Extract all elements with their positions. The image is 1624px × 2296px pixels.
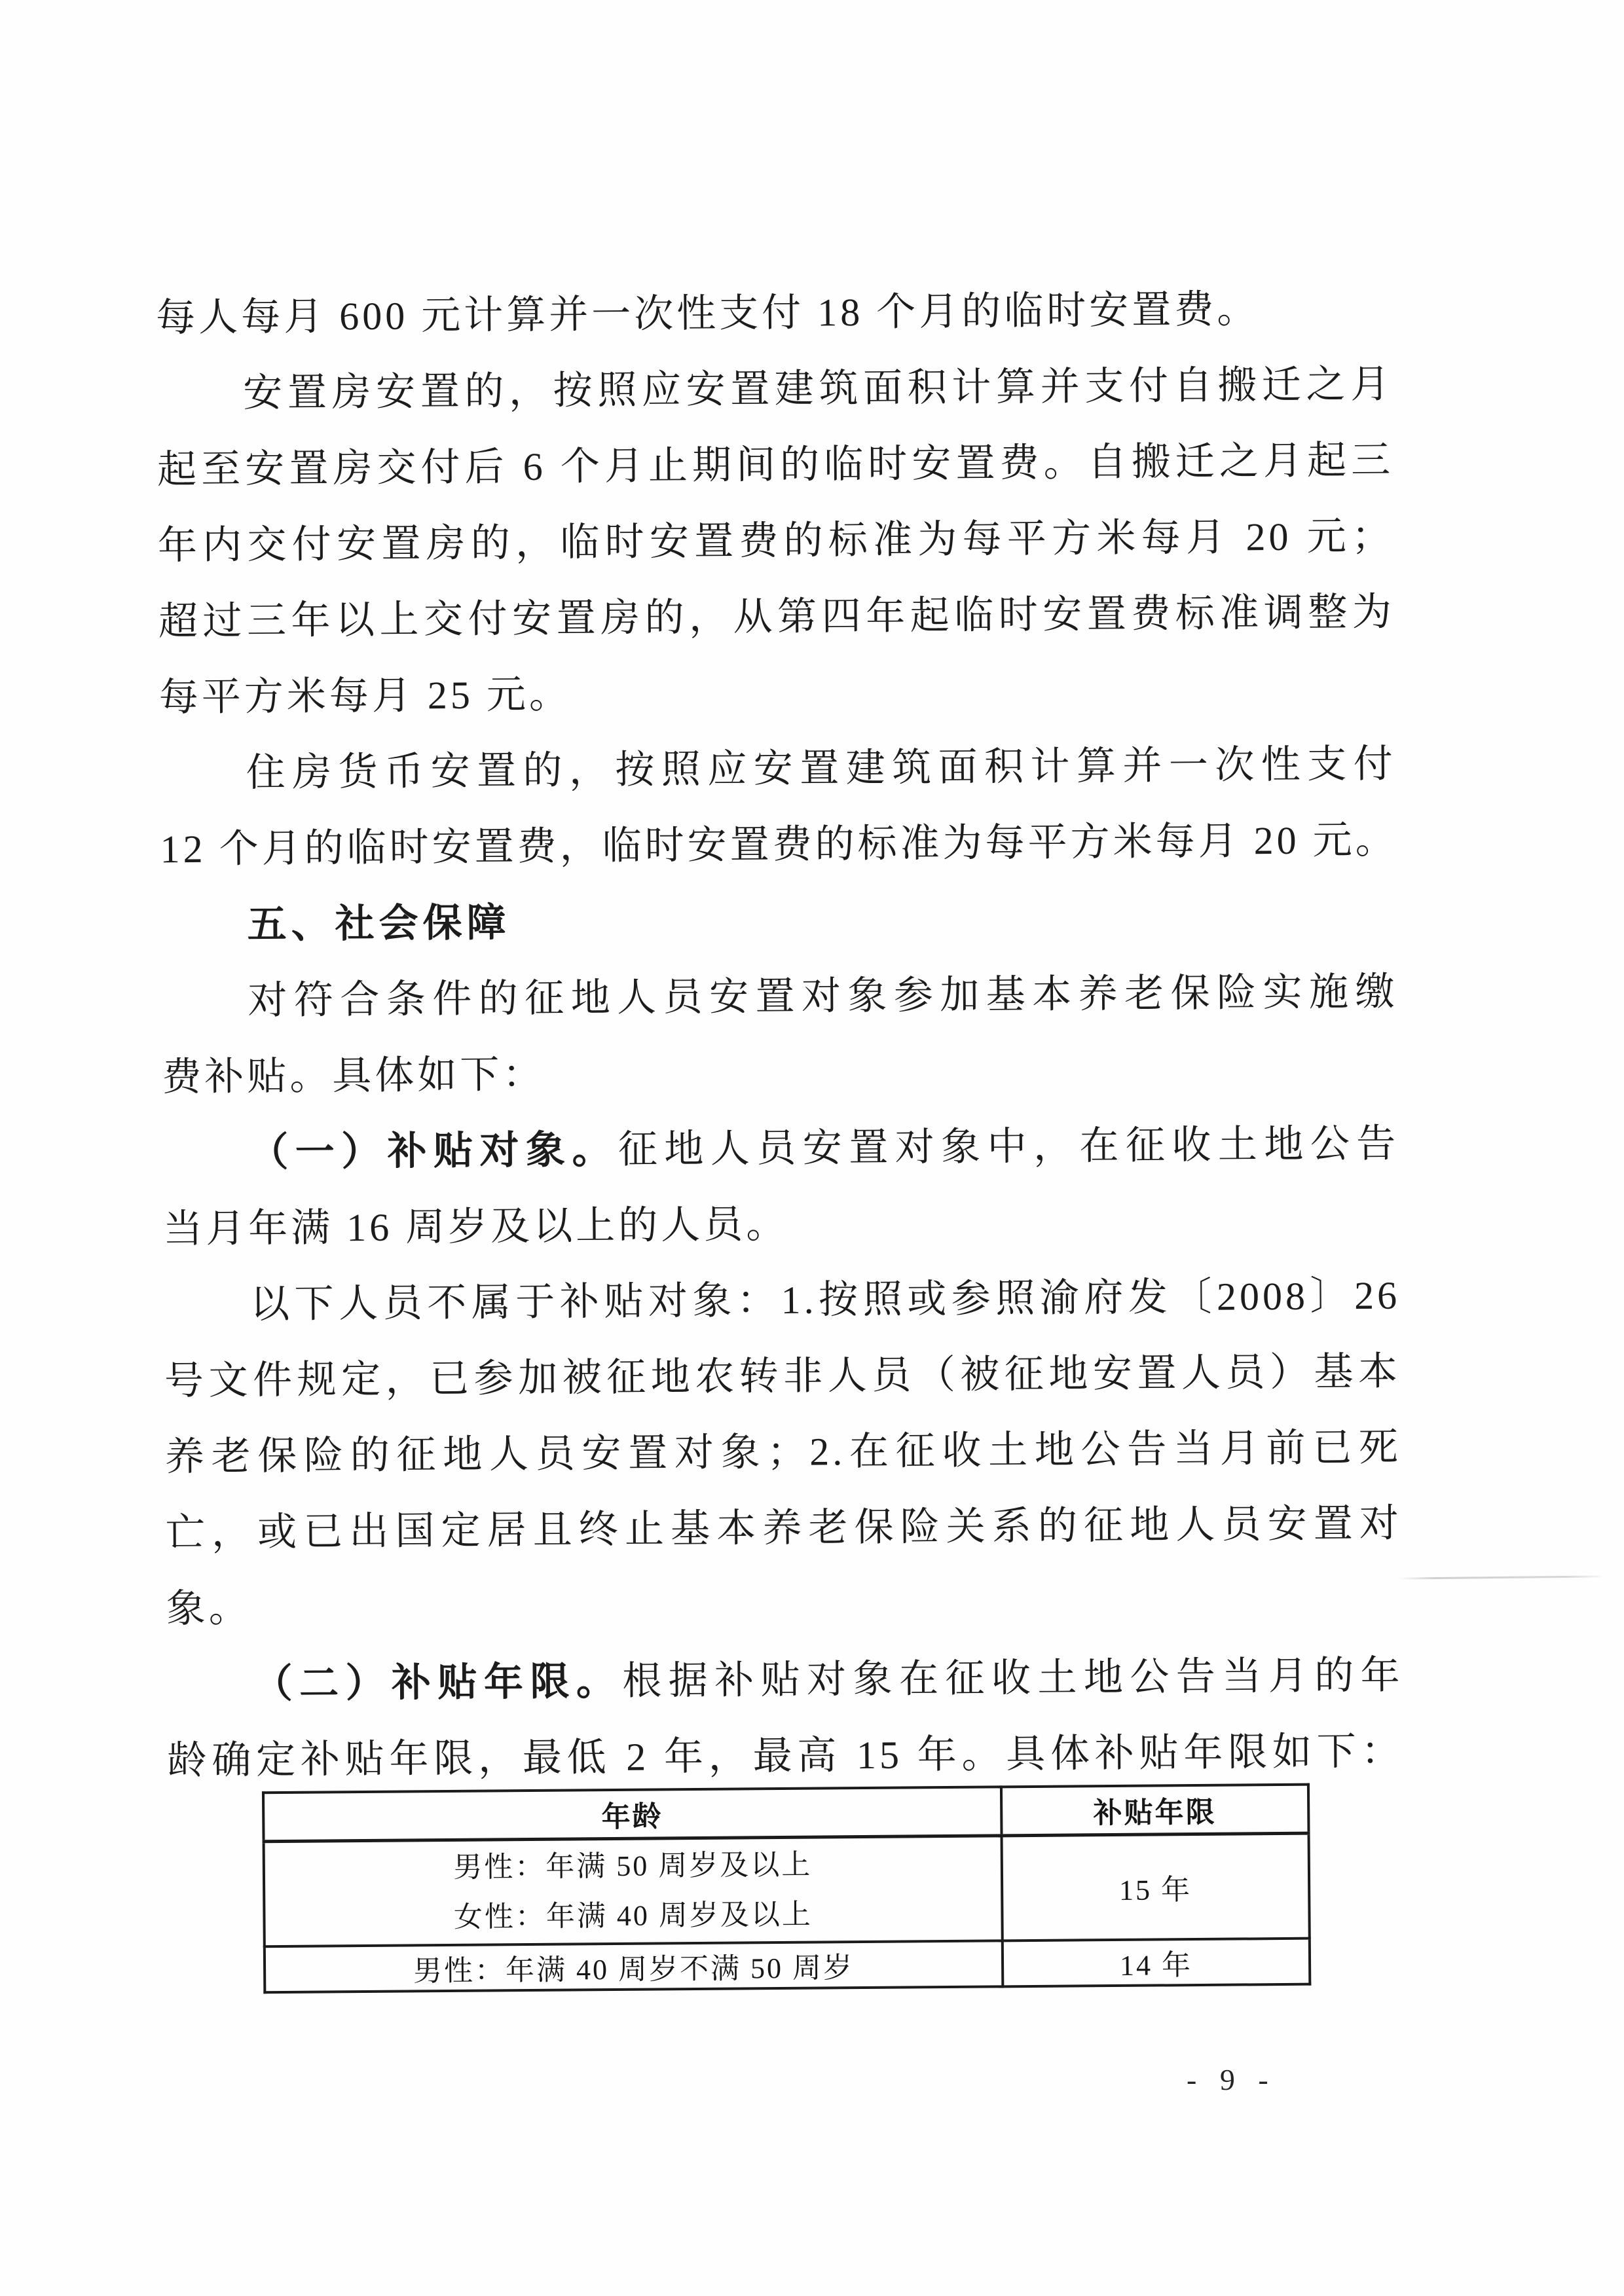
text-line: 年内交付安置房的，临时安置费的标准为每平方米每月 20 元； [158,498,1395,584]
scan-artifact-line [1398,1575,1602,1579]
scanned-document-page: 每人每月 600 元计算并一次性支付 18 个月的临时安置费。 安置房安置的，按… [0,0,1624,2296]
table-header-duration: 补贴年限 [1001,1785,1309,1836]
section-heading: 五、社会保障 [160,878,1397,964]
duration-cell: 14 年 [1003,1939,1310,1987]
text-line: 12 个月的临时安置费，临时安置费的标准为每平方米每月 20 元。 [160,802,1397,888]
text-line: 每人每月 600 元计算并一次性支付 18 个月的临时安置费。 [156,270,1393,356]
text-line: 象。 [166,1561,1403,1647]
text-line: 龄确定补贴年限，最低 2 年，最高 15 年。具体补贴年限如下： [167,1713,1404,1799]
text-line: 养老保险的征地人员安置对象；2.在征收土地公告当月前已死 [164,1410,1401,1495]
subsidy-years-table: 年龄 补贴年限 男性：年满 50 周岁及以上 女性：年满 40 周岁及以上 15… [262,1783,1311,1994]
text-line: 超过三年以上交付安置房的，从第四年起临时安置费标准调整为 [158,574,1395,660]
text-line: 起至安置房交付后 6 个月止期间的临时安置费。自搬迁之月起三 [157,422,1394,508]
text-line: 对符合条件的征地人员安置对象参加基本养老保险实施缴 [161,954,1398,1040]
subsection-label: （二）补贴年限。 [253,1660,622,1705]
age-line-male: 男性：年满 50 周岁及以上 [265,1838,1001,1894]
text-segment: 根据补贴对象在征收土地公告当月的年 [622,1654,1403,1703]
table-row: 男性：年满 50 周岁及以上 女性：年满 40 周岁及以上 15 年 [264,1833,1310,1946]
text-line: 安置房安置的，按照应安置建筑面积计算并支付自搬迁之月 [157,346,1393,432]
text-line: 号文件规定，已参加被征地农转非人员（被征地安置人员）基本 [164,1334,1401,1419]
subsection-label: （一）补贴对象。 [249,1128,618,1174]
age-cell: 男性：年满 50 周岁及以上 女性：年满 40 周岁及以上 [264,1836,1003,1946]
text-line: 住房货币安置的，按照应安置建筑面积计算并一次性支付 [159,726,1396,812]
text-line: 亡，或已出国定居且终止基本养老保险关系的征地人员安置对 [165,1485,1402,1571]
text-line: （二）补贴年限。根据补贴对象在征收土地公告当月的年 [166,1637,1403,1723]
text-line: 以下人员不属于补贴对象：1.按照或参照渝府发〔2008〕26 [164,1258,1401,1343]
document-body: 每人每月 600 元计算并一次性支付 18 个月的临时安置费。 安置房安置的，按… [156,270,1406,1995]
duration-cell: 15 年 [1001,1833,1309,1941]
text-line: 当月年满 16 周岁及以上的人员。 [163,1182,1400,1267]
age-line-female: 女性：年满 40 周岁及以上 [265,1888,1001,1944]
age-cell: 男性：年满 40 周岁不满 50 周岁 [265,1941,1003,1992]
text-line: （一）补贴对象。征地人员安置对象中，在征收土地公告 [162,1106,1399,1192]
text-line: 费补贴。具体如下： [162,1030,1399,1116]
text-segment: 征地人员安置对象中，在征收土地公告 [618,1122,1399,1171]
page-number: - 9 - [1187,2062,1276,2097]
table-row: 男性：年满 40 周岁不满 50 周岁 14 年 [265,1939,1310,1993]
text-line: 每平方米每月 25 元。 [158,650,1395,736]
